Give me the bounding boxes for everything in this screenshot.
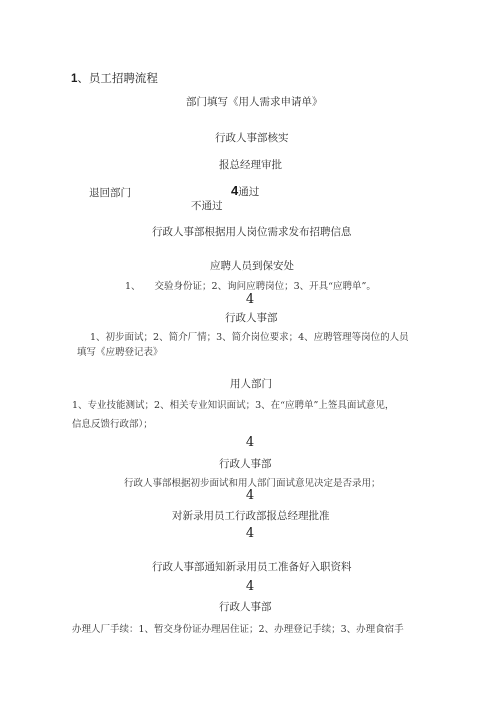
reject-back-to-department: 退回部门 [89, 186, 131, 200]
flow-arrow-4: 4 [0, 527, 500, 541]
step-publish-recruitment-info: 行政人事部根据用人岗位需求发布招聘信息 [152, 225, 352, 239]
step-hr-dept-2: 行政人事部 [219, 457, 272, 471]
step-hr-dept-3: 行政人事部 [219, 600, 272, 614]
step-applicant-to-security: 应聘人员到保安处 [210, 259, 294, 273]
detail-text: 交验身份证；2、询问应聘岗位；3、开具“应聘单”。 [155, 281, 376, 292]
step-hr-initial-interview-detail-line1: 1、初步面试；2、简介厂情；3、简介岗位要求；4、应聘管理等岗位的人员 [90, 331, 409, 345]
flow-arrow-3: 4 [0, 489, 500, 503]
step-hiring-dept-detail-line2: 信息反馈行政部）； [72, 418, 153, 432]
detail-number: 1、 [125, 281, 141, 292]
step-hiring-department: 用人部门 [230, 377, 272, 391]
step-department-fill-request: 部门填写《用人需求申请单》 [186, 95, 323, 109]
step-hr-dept-1: 行政人事部 [225, 311, 278, 325]
step-hr-initial-interview-detail-line2: 填写《应聘登记表》 [77, 346, 163, 360]
flow-arrow-1: 4 [0, 293, 500, 307]
section-separator: 、 [77, 73, 89, 85]
step-onboarding-procedures: 办理人厂手续：1、暂交身份证办理居住证；2、办理登记手续；3、办理食宿手 [72, 623, 404, 637]
flow-arrow-5: 4 [0, 580, 500, 594]
section-title-text: 员工招聘流程 [89, 73, 158, 85]
step-notify-new-hire: 行政人事部通知新录用员工准备好入职资料 [152, 560, 352, 574]
step-hiring-dept-detail-line1: 1、专业技能测试；2、相关专业知识面试；3、在“应聘单”上签具面试意见， [72, 399, 394, 413]
fail-label: 不通过 [191, 199, 223, 213]
step-gm-approval: 报总经理审批 [219, 158, 282, 172]
pass-label: 通过 [238, 186, 259, 198]
pass-branch: 4通过 [231, 184, 259, 199]
step-gm-approve-new-hire: 对新录用员工行政部报总经理批准 [172, 509, 330, 523]
flow-arrow-2: 4 [0, 436, 500, 450]
step-hr-verify: 行政人事部核实 [215, 131, 289, 145]
section-title: 1、员工招聘流程 [71, 72, 158, 86]
